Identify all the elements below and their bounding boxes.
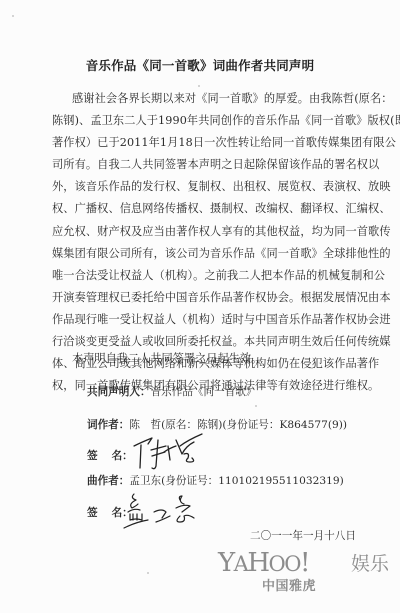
sign-label-char: 签 (87, 507, 98, 519)
body-line: 作品现行唯一受让权益人（机构）适时与中国音乐作品著作权协会进 (52, 309, 362, 331)
body-line: 权、广播权、信息网络传播权、摄制权、改编权、翻译权、汇编权、 (52, 198, 362, 220)
body-line: 感谢社会各界长期以来对《同一首歌》的厚爱。由我陈哲(原名： (52, 88, 362, 110)
yahoo-china-label: 中国雅虎 (262, 575, 316, 594)
body-line: 陈钢)、孟卫东二人于1990年共同创作的音乐作品《同一首歌》版权(即 (52, 110, 362, 132)
sign-label-char: 签 (87, 450, 98, 462)
lyricist-row: 词作者：陈 哲(原名：陈钢)(身份证号：K864577(9)) (87, 417, 347, 432)
scan-speck (147, 572, 149, 574)
lyricist-signature (130, 432, 210, 472)
logo-letter: Y (218, 548, 234, 578)
composer-row: 曲作者：孟卫东(身份证号：110102195511032319) (87, 473, 344, 488)
body-line: 司所有。自我二人共同签署本声明之日起除保留该作品的署名权以 (52, 154, 362, 176)
body-line: 媒集团有限公司所有，该公司为音乐作品《同一首歌》全球排他性的 (52, 243, 362, 265)
body-line: 外，该音乐作品的发行权、复制权、出租权、展览权、表演权、放映 (52, 176, 362, 198)
document-title: 音乐作品《同一首歌》词曲作者共同声明 (0, 56, 400, 74)
body-line: 应允权、财产权及应当由著作权人享有的其他权益，均为同一首歌传 (52, 221, 362, 243)
composer-value: 孟卫东(身份证号：110102195511032319) (129, 475, 343, 487)
declarant-value: 音乐作品《同一首歌》 (151, 386, 257, 398)
composer-signature (122, 492, 202, 532)
body-line: 著作权）已于2011年1月18日一次性转让给同一首歌传媒集团有限公 (52, 132, 362, 154)
body-line: 唯一合法受让权益人（机构）。之前我二人把本作品的机械复制和公 (52, 265, 362, 287)
scan-speck (12, 15, 14, 17)
scan-speck (255, 405, 257, 407)
closing-statement: 本声明自我二人共同签署之日起生效。 (72, 350, 262, 366)
document-date: 二〇一一年一月十八日 (250, 528, 356, 543)
logo-letter: H (247, 548, 268, 578)
body-line: 开演奏管理权已委托给中国音乐作品著作权协会。根据发展情况由本 (52, 287, 362, 309)
logo-letter: OO (269, 552, 300, 576)
declarant-label: 共同声明人： (87, 386, 151, 398)
scanned-document-page: 音乐作品《同一首歌》词曲作者共同声明 感谢社会各界长期以来对《同一首歌》的厚爱。… (0, 0, 400, 613)
declarant-row: 共同声明人：音乐作品《同一首歌》 (87, 384, 257, 399)
composer-label: 曲作者： (87, 475, 129, 487)
lyricist-sign-label: 签名： (87, 448, 133, 463)
lyricist-label: 词作者： (87, 419, 129, 431)
entertainment-label: 娱乐 (351, 552, 389, 576)
logo-letter: ! (300, 548, 309, 578)
scan-speck (311, 367, 313, 369)
logo-letter: A (234, 552, 248, 576)
lyricist-value: 陈 哲(原名：陈钢)(身份证号：K864577(9)) (129, 419, 347, 431)
yahoo-entertainment-watermark: YAHOO! 娱乐 中国雅虎 (218, 548, 398, 598)
scan-speck (198, 85, 200, 87)
